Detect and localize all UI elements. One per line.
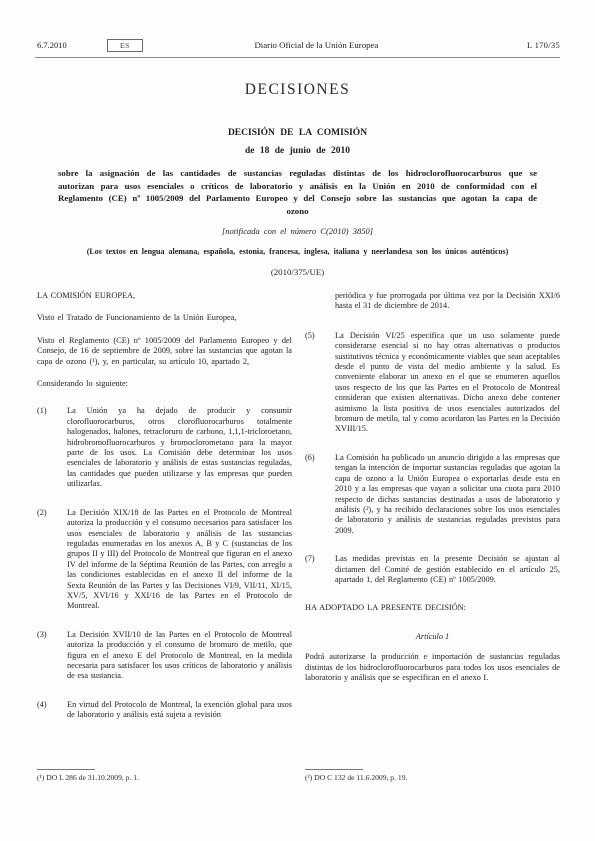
recital-text: La Decisión XIX/18 de las Partes en el P… <box>67 508 292 612</box>
recital-2: (2) La Decisión XIX/18 de las Partes en … <box>37 508 292 612</box>
authentic-texts-line: (Los textos en lengua alemana, española,… <box>58 246 537 257</box>
recital-7: (7) Las medidas previstas en la presente… <box>305 554 560 585</box>
footnote-2: (²) DO C 132 de 11.6.2009, p. 19. <box>305 769 560 783</box>
recital-text: La Comisión ha publicado un anuncio diri… <box>335 453 560 536</box>
footnote-divider <box>305 769 363 770</box>
recital-1: (1) La Unión ya ha dejado de producir y … <box>37 406 292 489</box>
notification-line: [notificada con el número C(2010) 3850] <box>58 226 537 236</box>
footnote-divider <box>37 769 95 770</box>
recital-number: (2) <box>37 508 67 612</box>
recital-text: La Unión ya ha dejado de producir y cons… <box>67 406 292 489</box>
recital-text: En virtud del Protocolo de Montreal, la … <box>67 700 292 721</box>
recital-5: (5) La Decisión VI/25 especifica que un … <box>305 331 560 435</box>
decision-title: DECISIÓN DE LA COMISIÓN <box>58 128 537 138</box>
decision-subject: sobre la asignación de las cantidades de… <box>58 167 537 217</box>
recital-number: (7) <box>305 554 335 585</box>
considering-line: Considerando lo siguiente: <box>37 379 292 389</box>
citation-regulation: Visto el Reglamento (CE) nº 1005/2009 de… <box>37 336 292 367</box>
recital-3: (3) La Decisión XVII/10 de las Partes en… <box>37 630 292 682</box>
recital-number: (5) <box>305 331 335 435</box>
body-columns: LA COMISIÓN EUROPEA, Visto el Tratado de… <box>37 291 560 739</box>
recital-text: La Decisión VI/25 especifica que un uso … <box>335 331 560 435</box>
recital-number: (3) <box>37 630 67 682</box>
recital-number: (6) <box>305 453 335 536</box>
page-header: 6.7.2010 ES Diario Oficial de la Unión E… <box>37 38 560 52</box>
section-title: DECISIONES <box>0 81 595 99</box>
enacting-formula: HA ADOPTADO LA PRESENTE DECISIÓN: <box>305 603 560 613</box>
recital-number: (4) <box>37 700 67 721</box>
opening-formula: LA COMISIÓN EUROPEA, <box>37 291 292 301</box>
recital-6: (6) La Comisión ha publicado un anuncio … <box>305 453 560 536</box>
publication-date: 6.7.2010 <box>37 40 107 50</box>
official-journal-page: 6.7.2010 ES Diario Oficial de la Unión E… <box>0 0 595 841</box>
header-divider <box>35 57 560 58</box>
footnote-text: (¹) DO L 286 de 31.10.2009, p. 1. <box>37 773 139 782</box>
recital-4: (4) En virtud del Protocolo de Montreal,… <box>37 700 292 721</box>
decision-heading: DECISIÓN DE LA COMISIÓN de 18 de junio d… <box>58 128 537 277</box>
article-1-text: Podrá autorizarse la producción e import… <box>305 652 560 683</box>
decision-date-line: de 18 de junio de 2010 <box>58 146 537 156</box>
page-reference: L 170/35 <box>490 40 560 50</box>
recital-text: La Decisión XVII/10 de las Partes en el … <box>67 630 292 682</box>
left-column: LA COMISIÓN EUROPEA, Visto el Tratado de… <box>37 291 292 739</box>
language-code-box: ES <box>107 39 143 52</box>
decision-reference-number: (2010/375/UE) <box>58 267 537 277</box>
recital-number: (1) <box>37 406 67 489</box>
citation-treaty: Visto el Tratado de Funcionamiento de la… <box>37 313 292 323</box>
footnote-text: (²) DO C 132 de 11.6.2009, p. 19. <box>305 773 407 782</box>
right-column: periódica y fue prorrogada por última ve… <box>305 291 560 739</box>
recital-4-continuation: periódica y fue prorrogada por última ve… <box>335 291 560 312</box>
recital-text: Las medidas previstas en la presente Dec… <box>335 554 560 585</box>
journal-title: Diario Oficial de la Unión Europea <box>143 40 490 50</box>
article-1-title: Artículo 1 <box>305 632 560 642</box>
footnote-1: (¹) DO L 286 de 31.10.2009, p. 1. <box>37 769 292 783</box>
